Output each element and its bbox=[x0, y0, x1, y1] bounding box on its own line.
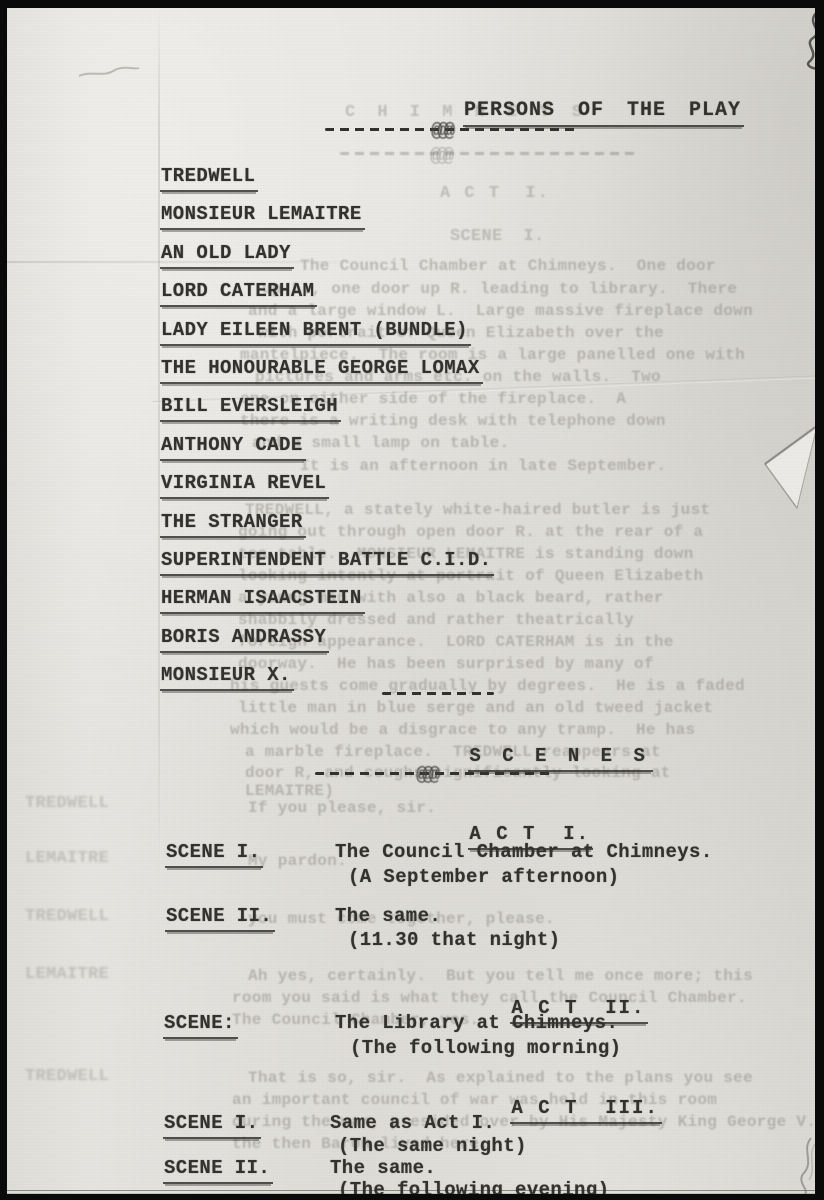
cast-member: VIRGINIA REVEL bbox=[160, 473, 329, 499]
cast-member: THE HONOURABLE GEORGE LOMAX bbox=[160, 358, 483, 384]
cast-member: MONSIEUR LEMAITRE bbox=[160, 204, 365, 230]
page-title: PERSONS OF THE PLAY bbox=[325, 78, 744, 149]
cast-member: LORD CATERHAM bbox=[160, 281, 317, 307]
scene-time: (The same night) bbox=[338, 1136, 527, 1157]
bleedthrough-speaker: TREDWELL bbox=[25, 1068, 109, 1087]
scenes-ornament: @@@ bbox=[416, 764, 435, 786]
bleedthrough-line: little man in blue serge and an old twee… bbox=[238, 700, 713, 718]
scene-place: Same as Act I. bbox=[330, 1113, 495, 1134]
bleedthrough-speaker: TREDWELL bbox=[25, 908, 109, 927]
bleedthrough-line: The Council Chamber at Chimneys. One doo… bbox=[300, 258, 716, 276]
bleedthrough-speaker: LEMAITRE bbox=[25, 966, 109, 985]
fold-tear-right-edge bbox=[755, 420, 815, 510]
scene-time: (The following evening) bbox=[338, 1180, 609, 1194]
bleedthrough-scene-heading: SCENE I. bbox=[450, 228, 545, 247]
cast-member: TREDWELL bbox=[160, 166, 258, 192]
crumple-mark-bottom-right bbox=[793, 1136, 815, 1194]
bleedthrough-line: and a large window L. Large massive fire… bbox=[248, 303, 753, 321]
bleedthrough-line: up L., one door up R. leading to library… bbox=[262, 281, 737, 299]
cast-member: MONSIEUR X. bbox=[160, 665, 294, 691]
bleedthrough-line: It is an afternoon in late September. bbox=[300, 458, 666, 476]
cast-member: BORIS ANDRASSY bbox=[160, 627, 329, 653]
cast-member: THE STRANGER bbox=[160, 512, 306, 538]
bleedthrough-line: TREDWELL, a stately white-haired butler … bbox=[245, 502, 710, 520]
scene-place: The same. bbox=[335, 906, 441, 927]
bleedthrough-act-heading: A C T I. bbox=[440, 185, 550, 204]
title-ornament: @@@ bbox=[431, 120, 450, 142]
title-dashed-rule bbox=[325, 128, 578, 131]
page-title-text: PERSONS OF THE PLAY bbox=[463, 100, 744, 127]
ink-tear-mark-top-right bbox=[775, 8, 815, 74]
bleedthrough-line: doorway. He has been surprised by many o… bbox=[238, 656, 654, 674]
scene-label: SCENE II. bbox=[165, 906, 275, 932]
scene-label: SCENE I. bbox=[163, 1113, 261, 1139]
typewritten-script-page: C H I M N E Y S @@@ A C T I. SCENE I. Th… bbox=[7, 8, 815, 1194]
scene-time: (The following morning) bbox=[350, 1038, 621, 1059]
scene-place: The Council Chamber at Chimneys. bbox=[335, 842, 713, 863]
cast-member: HERMAN ISAACSTEIN bbox=[160, 588, 365, 614]
scene-place: The Library at Chimneys. bbox=[335, 1013, 618, 1034]
cast-member: LADY EILEEN BRENT (BUNDLE) bbox=[160, 320, 471, 346]
bleedthrough-dashed-rule bbox=[340, 152, 640, 155]
scene-time: (11.30 that night) bbox=[348, 930, 560, 951]
act-2-heading: A C T II. bbox=[430, 977, 648, 1045]
cast-member: AN OLD LADY bbox=[160, 243, 294, 269]
scratch-mark-top-left bbox=[77, 60, 141, 84]
scene-time: (A September afternoon) bbox=[348, 867, 619, 888]
scene-label: SCENE I. bbox=[165, 842, 263, 868]
cast-member: SUPERINTENDENT BATTLE C.I.D. bbox=[160, 550, 494, 576]
scene-label: SCENE: bbox=[163, 1013, 238, 1039]
bleedthrough-line: LEMAITRE) bbox=[245, 783, 334, 801]
scene-label: SCENE II. bbox=[163, 1158, 273, 1184]
bleedthrough-line: going out through open door R. at the re… bbox=[238, 524, 703, 542]
scanned-page-frame: C H I M N E Y S @@@ A C T I. SCENE I. Th… bbox=[0, 0, 824, 1200]
bleedthrough-speaker: LEMAITRE bbox=[25, 850, 109, 869]
scenes-heading: S C E N E S bbox=[370, 725, 653, 793]
cast-member: ANTHONY CADE bbox=[160, 435, 306, 461]
scene-place: The same. bbox=[330, 1158, 436, 1179]
cast-member: BILL EVERSLEIGH bbox=[160, 396, 341, 422]
bleedthrough-speaker: TREDWELL bbox=[25, 795, 109, 814]
cast-end-divider bbox=[382, 692, 494, 695]
